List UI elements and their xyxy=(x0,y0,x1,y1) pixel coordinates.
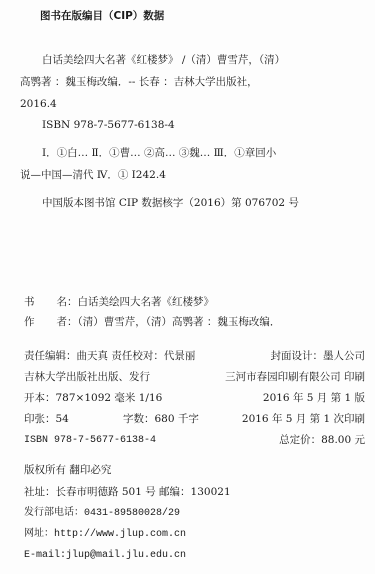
book-author-label-2: 者： xyxy=(57,316,78,328)
credit-publisher: 吉林大学出版社出版、发行 xyxy=(24,371,150,384)
publisher-email: E-mail:jlup@mail.jlu.edu.cn xyxy=(24,549,186,562)
credit-isbn: ISBN 978-7-5677-6138-4 xyxy=(24,434,156,447)
publisher-address: 社址：长春市明德路 501 号 邮编：130021 xyxy=(24,486,231,499)
publisher-phone: 发行部电话：0431-89580028/29 xyxy=(24,507,180,520)
copyright-notice: 版权所有 翻印必究 xyxy=(24,464,111,477)
credit-printing: 2016 年 5 月 第 1 次印刷 xyxy=(242,413,365,426)
credit-format: 开本：787×1092 毫米 1/16 xyxy=(24,392,162,405)
credit-editors: 责任编辑：曲天真 责任校对：代景丽 xyxy=(24,350,195,363)
credit-sheets: 印张：54 xyxy=(24,413,69,426)
book-title-label-2: 名： xyxy=(57,296,78,308)
cip-heading: 图书在版编目（CIP）数据 xyxy=(40,10,164,23)
cip-line: 白话美绘四大名著《红楼梦》 /（清）曹雪芹，（清） xyxy=(42,54,285,67)
credit-price: 总定价：88.00 元 xyxy=(279,434,365,447)
book-title-value: 白话美绘四大名著《红楼梦》 xyxy=(78,296,215,308)
book-title-label: 书 xyxy=(24,296,35,308)
cip-line: 2016.4 xyxy=(20,98,57,111)
credit-edition: 2016 年 5 月 第 1 版 xyxy=(263,392,365,405)
book-author-label: 作 xyxy=(24,316,35,328)
credit-printer: 三河市春园印刷有限公司 印刷 xyxy=(225,371,365,384)
cip-record-number: 中国版本图书馆 CIP 数据核字（2016）第 076702 号 xyxy=(42,197,299,210)
credit-word-count: 字数：680 千字 xyxy=(123,413,199,426)
credit-cover-design: 封面设计：墨人公司 xyxy=(271,350,366,363)
cip-isbn: ISBN 978-7-5677-6138-4 xyxy=(42,119,175,132)
cip-line: 说—中国—清代 Ⅳ．① I242.4 xyxy=(20,169,166,182)
publisher-website: 网址：http://www.jlup.com.cn xyxy=(24,528,186,541)
book-author-value: （清）曹雪芹，（清）高鹗著 ：魏玉梅改编． xyxy=(78,316,281,328)
book-author-row: 作者：（清）曹雪芹，（清）高鹗著 ：魏玉梅改编． xyxy=(24,316,280,329)
cip-line: Ⅰ．①白… Ⅱ．①曹… ②高… ③魏… Ⅲ．①章回小 xyxy=(42,147,276,160)
book-title-row: 书名：白话美绘四大名著《红楼梦》 xyxy=(24,296,214,309)
cip-line: 高鹗著 ：魏玉梅改编．-- 长春 ：吉林大学出版社， xyxy=(20,76,258,89)
